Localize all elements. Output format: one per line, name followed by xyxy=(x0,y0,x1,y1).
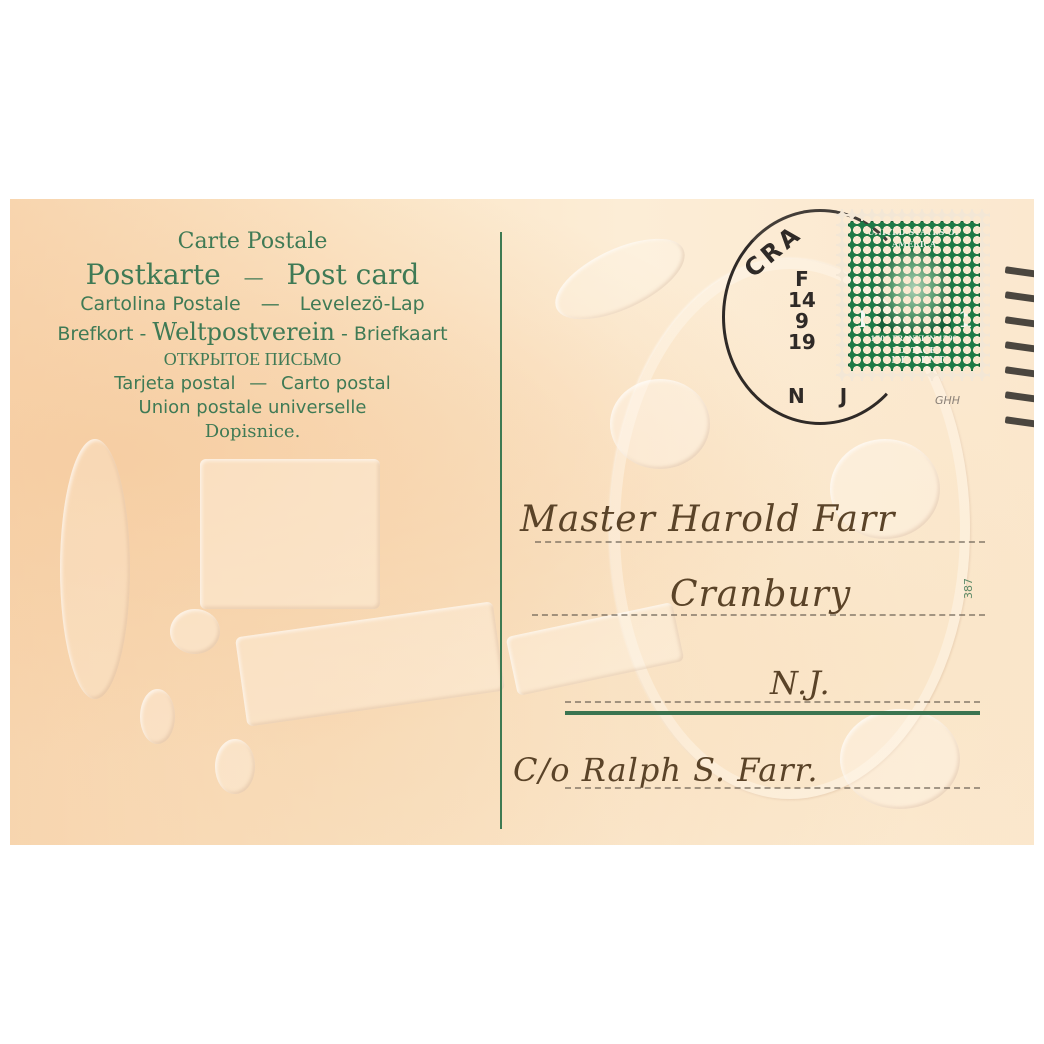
pencil-mark: GHH xyxy=(935,394,960,407)
embossed-clover-1 xyxy=(610,379,710,469)
address-underline-solid xyxy=(565,711,980,715)
address-recipient: Master Harold Farr xyxy=(520,499,895,540)
address-care-of: C/o Ralph S. Farr. xyxy=(513,751,819,789)
header-union-postale: Union postale universelle xyxy=(10,397,495,418)
address-city: Cranbury xyxy=(670,574,851,615)
stamp-country-line1: UNITED STATES OF xyxy=(849,227,979,237)
embossed-heart-leaf xyxy=(215,739,255,794)
address-line-1 xyxy=(535,541,985,543)
embossed-clover-4 xyxy=(544,222,696,336)
stamp-numeral-left: 1 xyxy=(855,307,870,333)
header-postkarte-line: Postkarte — Post card xyxy=(10,258,495,291)
embossed-horseshoe-small xyxy=(140,689,175,744)
header-russian: ОТКРЫТОЕ ПИСЬМО xyxy=(10,349,495,370)
postcard-back: Carte Postale Postkarte — Post card Cart… xyxy=(10,199,1034,845)
postmark-state: N J xyxy=(788,384,861,408)
embossed-top-hat xyxy=(200,459,380,609)
stamp-value: ONE CENT xyxy=(849,356,979,366)
embossed-shamrock xyxy=(170,609,220,654)
postmark-date: F 14 9 19 xyxy=(788,269,816,353)
stamp-name: 1706 FRANKLIN 1790 xyxy=(849,334,979,343)
address-state: N.J. xyxy=(770,664,831,702)
franklin-portrait-icon xyxy=(877,252,951,332)
stamp-postage: POSTAGE xyxy=(849,345,979,355)
header-weltpostverein-line: Brefkort - Weltpostverein - Briefkaart xyxy=(10,318,495,346)
postcard-header: Carte Postale Postkarte — Post card Cart… xyxy=(10,229,495,442)
stamp-design: UNITED STATES OF AMERICA 1 1 1706 FRANKL… xyxy=(848,221,980,371)
header-cartolina-line: Cartolina Postale — Levelezö-Lap xyxy=(10,293,495,315)
header-carte-postale: Carte Postale xyxy=(10,229,495,254)
stamp-numeral-right: 1 xyxy=(958,307,973,333)
stamp-country-line2: AMERICA xyxy=(849,239,979,249)
embossed-clover-3 xyxy=(840,709,960,809)
postage-stamp: UNITED STATES OF AMERICA 1 1 1706 FRANKL… xyxy=(836,209,990,381)
cancellation-bars xyxy=(1005,259,1034,439)
embossed-hat-brim xyxy=(235,601,505,726)
header-tarjeta-line: Tarjeta postal — Carto postal xyxy=(10,373,495,394)
catalog-number: 387 xyxy=(962,578,975,599)
embossed-script-ribbon xyxy=(60,439,130,699)
header-dopisnice: Dopisnice. xyxy=(10,421,495,442)
center-divider-line xyxy=(500,232,502,829)
